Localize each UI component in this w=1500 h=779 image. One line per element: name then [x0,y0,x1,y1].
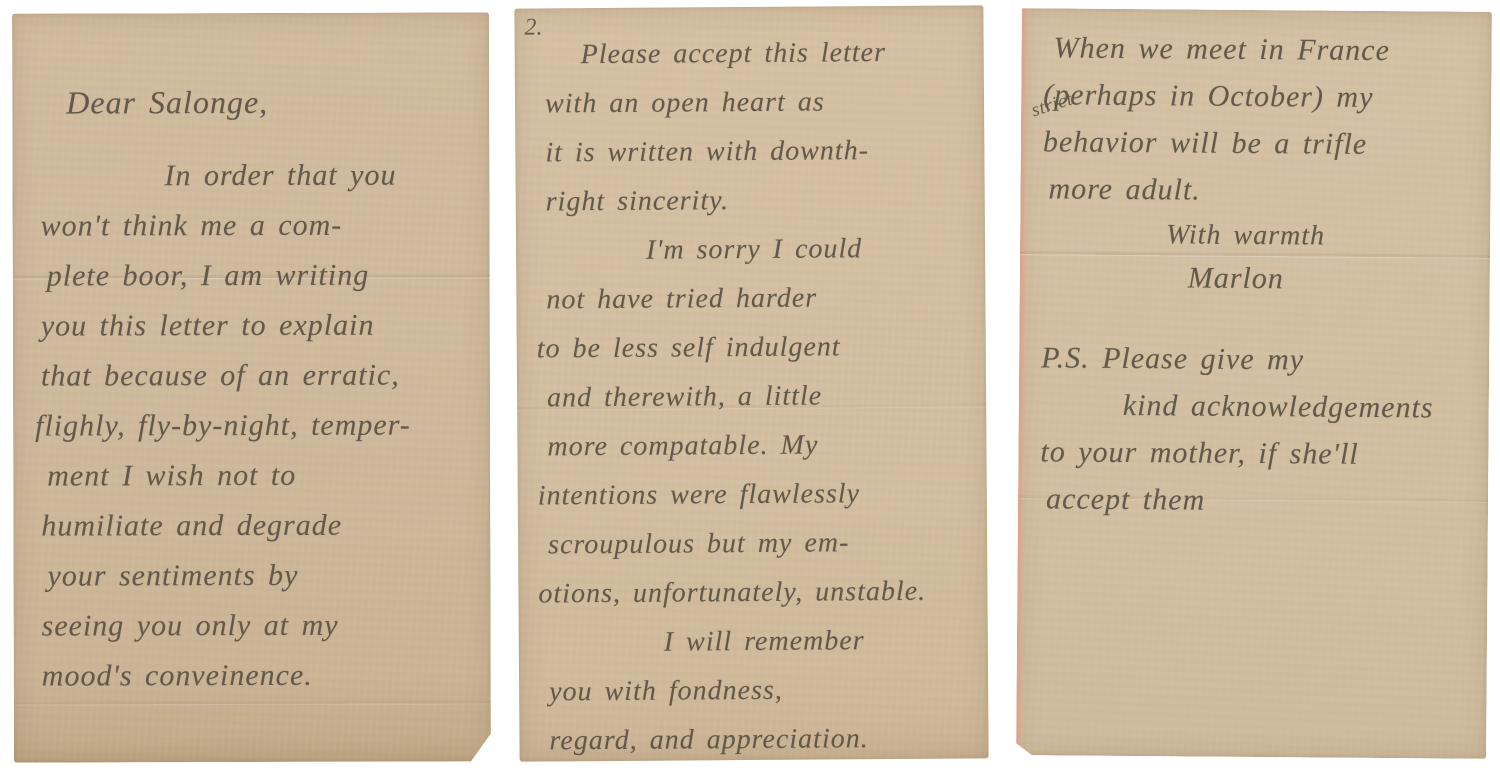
handwritten-line: it is written with downth- [545,125,980,177]
handwritten-line: seeing you only at my [42,600,485,651]
handwritten-line: that because of an erratic, [41,350,484,401]
postscript-line: to your mother, if she'll [1040,428,1484,478]
postscript-line: P.S. Please give my [1041,334,1485,384]
handwritten-line: you this letter to explain [41,300,484,351]
handwritten-line: When we meet in France [1053,24,1487,74]
letter-page-2: 2. Please accept this letter with an ope… [514,5,988,761]
handwritten-line: your sentiments by [47,550,484,601]
letter-page-1: Dear Salonge, In order that you won't th… [12,12,491,762]
handwritten-line: more compatable. My [547,419,982,471]
postscript-line: accept them [1046,475,1484,525]
handwritten-line: otions, unfortunately, unstable. [538,566,983,618]
handwritten-line: you with fondness, [549,664,984,716]
handwritten-line: with an open heart as [545,76,980,128]
handwritten-line: to be less self indulgent [537,321,982,373]
postscript: P.S. Please give my kind acknowledgement… [1036,334,1485,526]
handwritten-line: not have tried harder [546,272,981,324]
handwritten-line: plete boor, I am writing [47,250,484,301]
handwritten-line: won't think me a com- [41,200,484,251]
handwritten-line: humiliate and degrade [41,500,484,551]
handwritten-line: more adult. [1048,165,1486,215]
signature: Marlon [1188,257,1486,301]
handwritten-line: flighly, fly-by-night, temper- [35,400,484,451]
handwritten-line: In order that you [164,150,483,201]
handwritten-line: I'm sorry I could [646,223,981,274]
handwritten-line: ment I wish not to [47,450,484,501]
handwritten-line: scroupulous but my em- [548,517,983,569]
handwritten-line: Please accept this letter [581,27,980,79]
letter-scan: Dear Salonge, In order that you won't th… [0,0,1500,779]
handwritten-line: mood's conveinence. [42,650,485,701]
handwritten-line: and therewith, a little [547,370,982,422]
postscript-line: kind acknowledgements [1123,382,1485,432]
handwritten-line: (perhaps in October) my [1043,71,1487,121]
letter-page-3: strict When we meet in France (perhaps i… [1016,8,1492,759]
handwritten-line: intentions were flawlessly [538,468,983,520]
handwritten-line: regard, and appreciation. [549,713,984,765]
handwritten-line: right sincerity. [546,174,981,226]
handwritten-line: I will remember [664,615,984,666]
handwritten-line: behavior will be a trifle [1043,118,1487,168]
closing-line: With warmth [1166,213,1486,260]
salutation: Dear Salonge, [66,76,483,127]
